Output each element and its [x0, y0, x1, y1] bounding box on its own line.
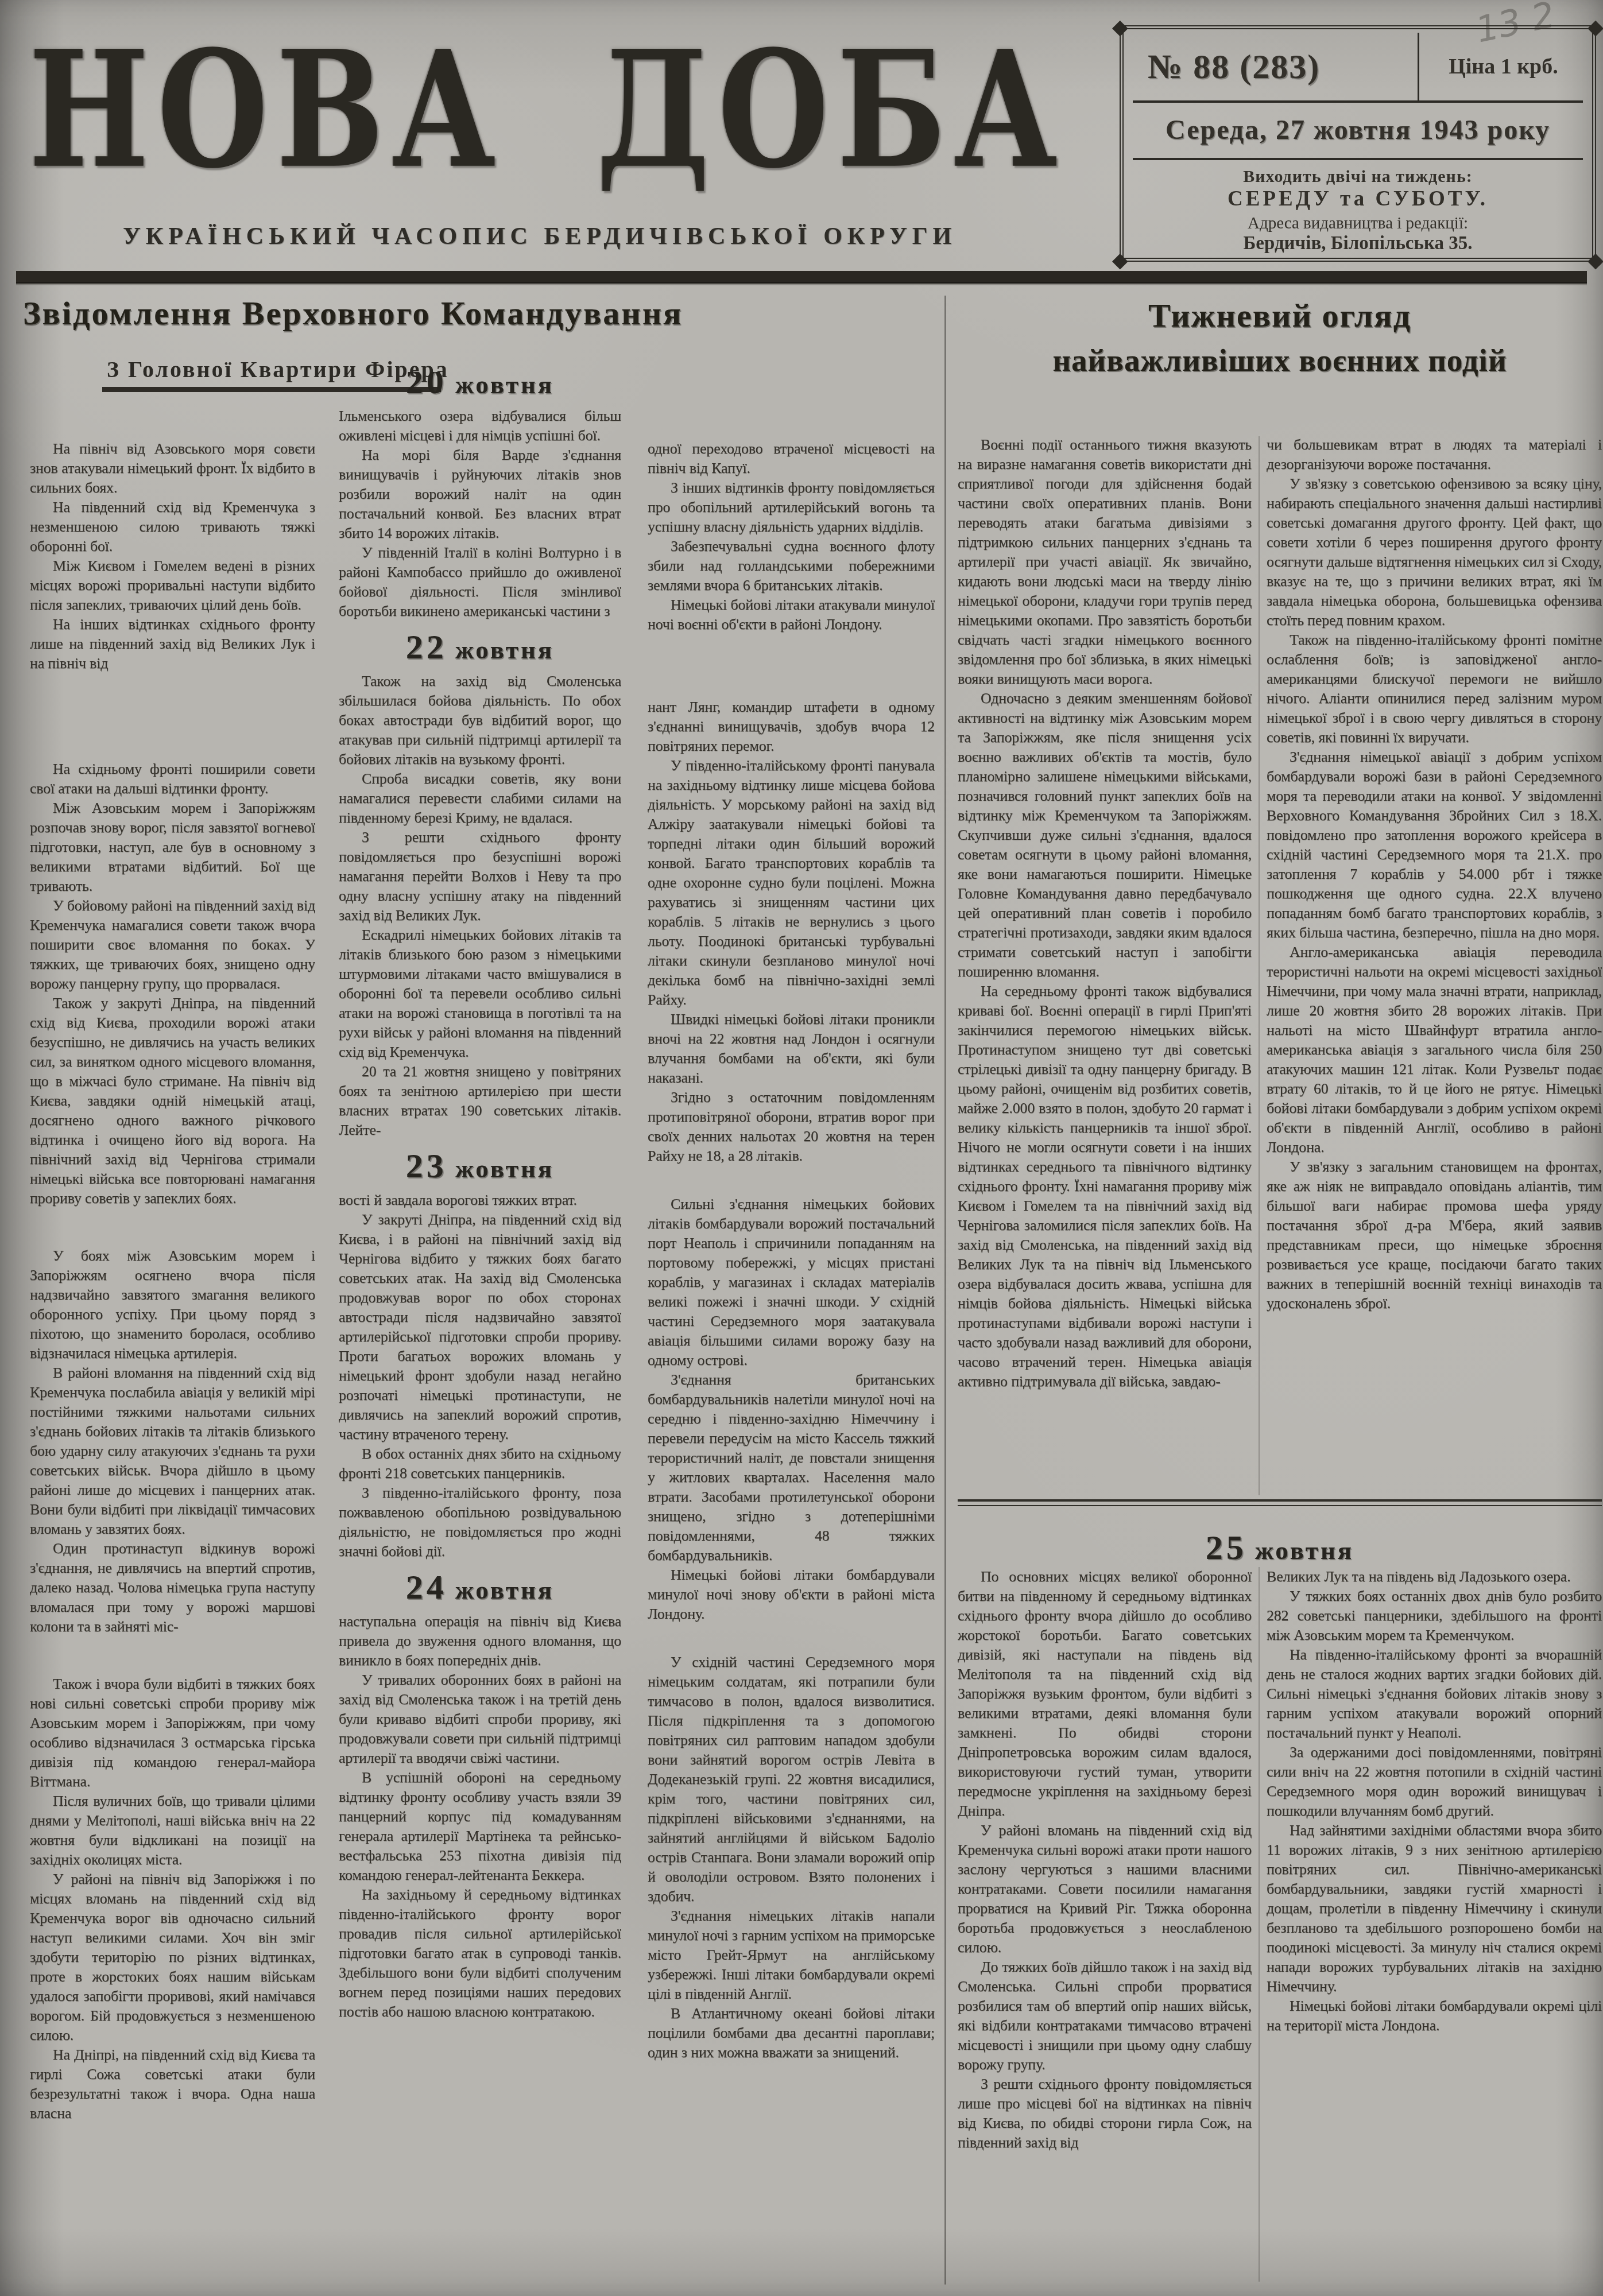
paragraph: наступальна операція на північ від Києва…	[339, 1612, 621, 1670]
date-word: жовтня	[455, 1154, 554, 1183]
article-divider-vertical	[944, 296, 946, 2285]
paragraph: На середньому фронті також відбувалися к…	[958, 982, 1252, 1391]
paragraph: З решти східнього фронту повідомляється …	[339, 828, 621, 925]
right-column-1-upper: Воєнні події останнього тижня вказують н…	[958, 435, 1252, 1496]
left-column-1: На північ від Азовського моря совєти зно…	[30, 439, 315, 2285]
paragraph: Одночасно з деяким зменшенням бойової ак…	[958, 689, 1252, 982]
address-line: Бердичів, Білопільська 35.	[1124, 233, 1592, 254]
paragraph: На інших відтинках східнього фронту лише…	[30, 615, 315, 673]
date-number: 25	[1206, 1529, 1247, 1566]
address-label: Адреса видавництва і редакції:	[1124, 214, 1592, 233]
schedule-days: СЕРЕДУ та СУБОТУ.	[1124, 187, 1592, 211]
paragraph: З'єднання німецьких літаків напали минул…	[648, 1906, 935, 2004]
date-word: жовтня	[455, 372, 554, 399]
paragraph: Швидкі німецькі бойові літаки проникли в…	[648, 1010, 935, 1088]
paragraph: В успішній обороні на середньому відтинк…	[339, 1768, 621, 1885]
date-word: жовтня	[1255, 1536, 1354, 1565]
section-date-header: 24жовтня	[339, 1577, 621, 1604]
left-column-2: 20жовтняІльменського озера відбувалися б…	[339, 372, 621, 2289]
info-box: ◆ ◆ ◆ ◆ № 88 (283) Ціна 1 крб. Середа, 2…	[1120, 25, 1596, 262]
paragraph: З інших відтинків фронту повідомляється …	[648, 478, 935, 537]
paragraph: Згідно з остаточним повідомленням протип…	[648, 1088, 935, 1166]
date-word: жовтня	[455, 1576, 554, 1604]
paragraph: У східній частині Середземного моря німе…	[648, 1653, 935, 1906]
section-date-header: 23жовтня	[339, 1156, 621, 1182]
paragraph: У зв'язку з советською офензивою за всяк…	[1267, 474, 1602, 630]
right-article-headline-line1: Тижневий огляд	[958, 296, 1602, 335]
paragraph: Сильні з'єднання німецьких бойових літак…	[648, 1194, 935, 1370]
issue-row: № 88 (283) Ціна 1 крб.	[1133, 33, 1583, 103]
paragraph: У закруті Дніпра, на південний схід від …	[339, 1210, 621, 1444]
paragraph: Один протинаступ відкинув ворожі з'єднан…	[30, 1539, 315, 1636]
paragraph: В Атлантичному океані бойові літаки поці…	[648, 2004, 935, 2062]
left-article-headline: Звідомлення Верховного Командування	[23, 294, 930, 332]
paragraph: У тривалих оборонних боях в районі на за…	[339, 1670, 621, 1768]
paragraph: Ільменського озера відбувалися більш ожи…	[339, 406, 621, 445]
infobox-vertical-divider	[1418, 33, 1419, 100]
date-number: 20	[406, 372, 447, 401]
paragraph: Між Азовським морем і Запоріжжям розпоча…	[30, 798, 315, 896]
paragraph: На західньому й середньому відтинках пів…	[339, 1885, 621, 2022]
date-number: 23	[406, 1147, 447, 1185]
newspaper-page: 13 2 НОВА ДОБА УКРАЇНСЬКИЙ ЧАСОПИС БЕРДИ…	[0, 0, 1603, 2296]
masthead-rule	[16, 271, 1587, 284]
paragraph: Також на захід від Смоленська збільшилас…	[339, 672, 621, 769]
corner-ornament-icon: ◆	[1587, 250, 1603, 270]
paragraph: Німецькі бойові літаки бомбардували окре…	[1267, 1996, 1602, 2035]
right-column-2-lower: Великих Лук та на південь від Ладозького…	[1267, 1567, 1602, 2283]
paragraph: По основних місцях великої оборонної бит…	[958, 1567, 1252, 1821]
paragraph: З південно-італійського фронту, поза пож…	[339, 1483, 621, 1561]
paragraph: Після вуличних боїв, що тривали цілими д…	[30, 1791, 315, 1870]
right-column-1-lower: По основних місцях великої оборонної бит…	[958, 1567, 1252, 2283]
paragraph: Німецькі бойові літаки атакували минулої…	[648, 595, 935, 634]
right-column-2-upper: чи большевикам втрат в людях та матеріал…	[1267, 435, 1602, 1496]
paragraph: В обох останніх днях збито на східньому …	[339, 1444, 621, 1483]
paragraph: 20 та 21 жовтня знищено у повітряних боя…	[339, 1062, 621, 1140]
issue-number: № 88 (283)	[1133, 47, 1413, 87]
paragraph: Німецькі бойові літаки бомбардували мину…	[648, 1565, 935, 1624]
paragraph: вості й завдала ворогові тяжких втрат.	[339, 1190, 621, 1210]
paragraph: З'єднання британських бомбардувальників …	[648, 1370, 935, 1565]
corner-ornament-icon: ◆	[1112, 250, 1128, 270]
paragraph: До тяжких боїв дійшло також і на захід в…	[958, 1957, 1252, 2074]
paragraph: У зв'язку з загальним становищем на фрон…	[1267, 1157, 1602, 1313]
right-article-headline-line2: найважливіших воєнних подій	[958, 342, 1602, 378]
schedule-intro: Виходить двічі на тиждень:	[1124, 167, 1592, 187]
left-column-3: одної переходово втраченої місцевості на…	[648, 439, 935, 2287]
paragraph: В районі вломання на південний схід від …	[30, 1363, 315, 1539]
paragraph: Також у закруті Дніпра, на південний схі…	[30, 994, 315, 1208]
paragraph: Спроба висадки советів, яку вони намагал…	[339, 769, 621, 828]
paragraph: Над зайнятими західніми областями вчора …	[1267, 1821, 1602, 1996]
paragraph: З'єднання німецької авіації з добрим усп…	[1267, 747, 1602, 943]
price: Ціна 1 крб.	[1424, 54, 1583, 79]
section-date-header: 20жовтня	[339, 372, 621, 398]
section-date-header-25: 25жовтня	[958, 1528, 1602, 1568]
date-number: 24	[406, 1568, 447, 1606]
masthead-subtitle: УКРАЇНСЬКИЙ ЧАСОПИС БЕРДИЧІВСЬКОЇ ОКРУГИ	[57, 223, 1022, 250]
paragraph: Англо-американська авіація переводила те…	[1267, 943, 1602, 1157]
paragraph: Ескадрилі німецьких бойових літаків та л…	[339, 925, 621, 1062]
paragraph: На Дніпрі, на південний схід від Києва т…	[30, 2045, 315, 2123]
paragraph: Також і вчора були відбиті в тяжких боях…	[30, 1674, 315, 1791]
right-column-divider-vertical	[1259, 1567, 1260, 2282]
paragraph: Між Києвом і Гомелем ведені в різних міс…	[30, 556, 315, 615]
paragraph: На східньому фронті поширили совети свої…	[30, 759, 315, 798]
paragraph: У бойовому районі на південний захід від…	[30, 896, 315, 994]
paragraph: На північ від Азовського моря совєти зно…	[30, 439, 315, 498]
paragraph: нант Лянг, командир штафети в одному з'є…	[648, 697, 935, 756]
paragraph: Воєнні події останнього тижня вказують н…	[958, 435, 1252, 689]
paragraph: На південний схід від Кременчука з незме…	[30, 498, 315, 556]
paragraph: Великих Лук та на південь від Ладозького…	[1267, 1567, 1602, 1587]
paragraph: На морі біля Варде з'єднання винищувачів…	[339, 445, 621, 543]
date-word: жовтня	[455, 635, 554, 664]
masthead-title: НОВА ДОБА	[29, 16, 1051, 204]
paragraph: Забезпечувальні судна воєнного флоту зби…	[648, 537, 935, 595]
right-column-divider-vertical	[1259, 436, 1260, 1495]
issue-date: Середа, 27 жовтня 1943 року	[1133, 103, 1583, 160]
corner-ornament-icon: ◆	[1112, 17, 1128, 37]
paragraph: На південно-італійському фронті за вчора…	[1267, 1645, 1602, 1743]
paragraph: У південній Італії в коліні Волтурно і в…	[339, 543, 621, 621]
paragraph: У південно-італійському фронті панувала …	[648, 756, 935, 1010]
date-number: 22	[406, 628, 447, 666]
section-date-header: 22жовтня	[339, 637, 621, 664]
paragraph: У районі на північ від Запоріжжя і по мі…	[30, 1870, 315, 2045]
section-divider-rule	[958, 1499, 1602, 1506]
paragraph: З решти східнього фронту повідомляється …	[958, 2074, 1252, 2152]
paragraph: За одержаними досі повідомленнями, повіт…	[1267, 1743, 1602, 1821]
paragraph: У районі вломань на південний схід від К…	[958, 1821, 1252, 1957]
paragraph: Також на південно-італійському фронті по…	[1267, 630, 1602, 747]
paragraph: одної переходово втраченої місцевості на…	[648, 439, 935, 478]
corner-ornament-icon: ◆	[1587, 17, 1603, 37]
paragraph: У боях між Азовським морем і Запоріжжям …	[30, 1246, 315, 1363]
paragraph: чи большевикам втрат в людях та матеріал…	[1267, 435, 1602, 474]
paragraph: У тяжких боях останніх двох днів було ро…	[1267, 1587, 1602, 1645]
